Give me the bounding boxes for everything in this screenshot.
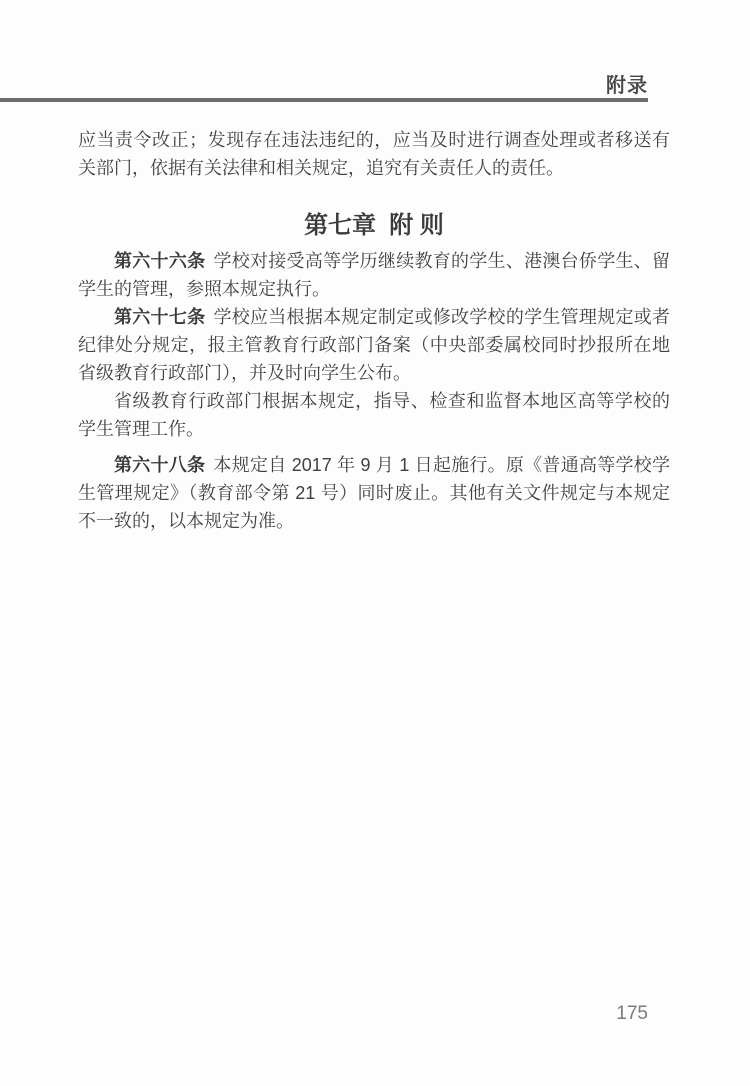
paragraph-provincial: 省级教育行政部门根据本规定，指导、检查和监督本地区高等学校的学生管理工作。	[78, 387, 670, 443]
chapter-number: 第七章	[304, 212, 376, 239]
article-67: 第六十七条学校应当根据本规定制定或修改学校的学生管理规定或者纪律处分规定，报主管…	[78, 303, 670, 387]
article-66: 第六十六条学校对接受高等学历继续教育的学生、港澳台侨学生、留学生的管理，参照本规…	[78, 247, 670, 303]
page-content: 应当责令改正；发现存在违法违纪的，应当及时进行调查处理或者移送有关部门，依据有关…	[78, 126, 670, 535]
article-68-number: 第六十八条	[114, 455, 205, 475]
chapter-heading: 第七章附 则	[78, 208, 670, 244]
chapter-title: 附 则	[389, 212, 444, 239]
paragraph-continuation: 应当责令改正；发现存在违法违纪的，应当及时进行调查处理或者移送有关部门，依据有关…	[78, 126, 670, 182]
page-number: 175	[616, 1003, 648, 1025]
article-67-number: 第六十七条	[114, 307, 205, 327]
header-section-label: 附录	[606, 69, 648, 98]
article-68: 第六十八条本规定自 2017 年 9 月 1 日起施行。原《普通高等学校学生管理…	[78, 451, 670, 535]
article-66-number: 第六十六条	[114, 251, 205, 271]
document-page: 附录 应当责令改正；发现存在违法违纪的，应当及时进行调查处理或者移送有关部门，依…	[0, 0, 750, 1086]
header-rule	[0, 98, 648, 102]
